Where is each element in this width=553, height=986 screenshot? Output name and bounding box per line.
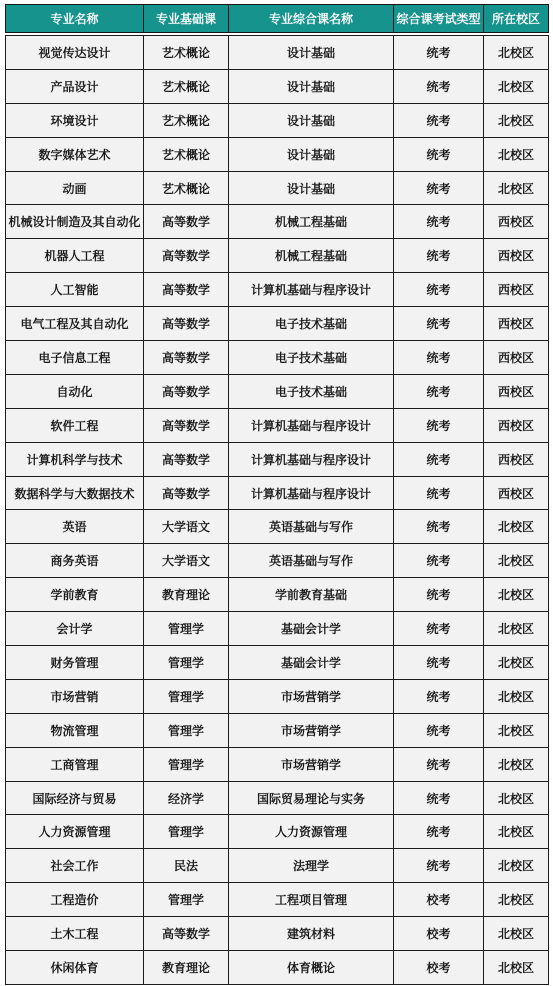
table-cell: 人力资源管理: [6, 815, 144, 849]
table-cell: 国际经济与贸易: [6, 781, 144, 815]
table-cell: 艺术概论: [144, 137, 229, 171]
table-cell: 机器人工程: [6, 239, 144, 273]
table-cell: 学前教育: [6, 578, 144, 612]
table-cell: 西校区: [484, 341, 549, 375]
table-cell: 计算机基础与程序设计: [229, 273, 394, 307]
table-row: 电气工程及其自动化高等数学电子技术基础统考西校区: [6, 307, 549, 341]
table-cell: 计算机基础与程序设计: [229, 442, 394, 476]
table-cell: 统考: [394, 341, 484, 375]
table-cell: 北校区: [484, 103, 549, 137]
table-cell: 机械工程基础: [229, 205, 394, 239]
majors-table: 视觉传达设计艺术概论设计基础统考北校区产品设计艺术概论设计基础统考北校区环境设计…: [5, 35, 549, 985]
table-cell: 统考: [394, 815, 484, 849]
header-exam-type: 综合课考试类型: [394, 5, 484, 33]
page: 专业名称 专业基础课 专业综合课名称 综合课考试类型 所在校区 视觉传达设计艺术…: [0, 0, 553, 986]
table-cell: 统考: [394, 374, 484, 408]
table-row: 数字媒体艺术艺术概论设计基础统考北校区: [6, 137, 549, 171]
table-cell: 机械工程基础: [229, 239, 394, 273]
table-row: 工程造价管理学工程项目管理校考北校区: [6, 883, 549, 917]
header-campus: 所在校区: [484, 5, 549, 33]
table-cell: 西校区: [484, 273, 549, 307]
table-cell: 统考: [394, 747, 484, 781]
table-row: 人力资源管理管理学人力资源管理统考北校区: [6, 815, 549, 849]
table-row: 机器人工程高等数学机械工程基础统考西校区: [6, 239, 549, 273]
table-row: 视觉传达设计艺术概论设计基础统考北校区: [6, 36, 549, 70]
table-cell: 统考: [394, 849, 484, 883]
table-cell: 市场营销学: [229, 747, 394, 781]
table-cell: 管理学: [144, 815, 229, 849]
table-cell: 民法: [144, 849, 229, 883]
table-cell: 动画: [6, 171, 144, 205]
table-cell: 会计学: [6, 612, 144, 646]
table-cell: 西校区: [484, 408, 549, 442]
table-cell: 工商管理: [6, 747, 144, 781]
table-cell: 西校区: [484, 307, 549, 341]
table-cell: 电子技术基础: [229, 307, 394, 341]
table-cell: 统考: [394, 69, 484, 103]
table-row: 动画艺术概论设计基础统考北校区: [6, 171, 549, 205]
table-cell: 统考: [394, 273, 484, 307]
table-cell: 北校区: [484, 36, 549, 70]
table-cell: 人工智能: [6, 273, 144, 307]
table-cell: 北校区: [484, 713, 549, 747]
table-cell: 土木工程: [6, 917, 144, 951]
table-cell: 统考: [394, 442, 484, 476]
table-cell: 管理学: [144, 747, 229, 781]
table-cell: 北校区: [484, 510, 549, 544]
table-row: 英语大学语文英语基础与写作统考北校区: [6, 510, 549, 544]
table-row: 计算机科学与技术高等数学计算机基础与程序设计统考西校区: [6, 442, 549, 476]
table-cell: 统考: [394, 307, 484, 341]
table-cell: 市场营销: [6, 679, 144, 713]
table-cell: 校考: [394, 951, 484, 985]
table-cell: 休闲体育: [6, 951, 144, 985]
table-row: 社会工作民法法理学统考北校区: [6, 849, 549, 883]
table-cell: 北校区: [484, 815, 549, 849]
table-cell: 统考: [394, 239, 484, 273]
table-cell: 校考: [394, 917, 484, 951]
table-cell: 管理学: [144, 612, 229, 646]
table-row: 环境设计艺术概论设计基础统考北校区: [6, 103, 549, 137]
table-cell: 英语: [6, 510, 144, 544]
table-cell: 校考: [394, 883, 484, 917]
table-cell: 高等数学: [144, 374, 229, 408]
table-row: 数据科学与大数据技术高等数学计算机基础与程序设计统考西校区: [6, 476, 549, 510]
table-cell: 北校区: [484, 679, 549, 713]
table-cell: 北校区: [484, 747, 549, 781]
table-cell: 法理学: [229, 849, 394, 883]
table-row: 国际经济与贸易经济学国际贸易理论与实务统考北校区: [6, 781, 549, 815]
table-cell: 大学语文: [144, 510, 229, 544]
table-cell: 教育理论: [144, 951, 229, 985]
table-cell: 设计基础: [229, 69, 394, 103]
table-cell: 统考: [394, 36, 484, 70]
table-cell: 经济学: [144, 781, 229, 815]
table-cell: 西校区: [484, 374, 549, 408]
table-cell: 计算机科学与技术: [6, 442, 144, 476]
table-cell: 北校区: [484, 69, 549, 103]
header-comprehensive-course: 专业综合课名称: [229, 5, 394, 33]
table-row: 土木工程高等数学建筑材料校考北校区: [6, 917, 549, 951]
table-cell: 工程项目管理: [229, 883, 394, 917]
table-cell: 数字媒体艺术: [6, 137, 144, 171]
table-cell: 艺术概论: [144, 36, 229, 70]
table-cell: 基础会计学: [229, 646, 394, 680]
table-row: 自动化高等数学电子技术基础统考西校区: [6, 374, 549, 408]
table-cell: 工程造价: [6, 883, 144, 917]
table-cell: 西校区: [484, 476, 549, 510]
table-cell: 统考: [394, 781, 484, 815]
table-cell: 英语基础与写作: [229, 544, 394, 578]
table-cell: 统考: [394, 137, 484, 171]
table-cell: 视觉传达设计: [6, 36, 144, 70]
table-row: 市场营销管理学市场营销学统考北校区: [6, 679, 549, 713]
table-cell: 统考: [394, 612, 484, 646]
table-cell: 统考: [394, 544, 484, 578]
table-cell: 北校区: [484, 849, 549, 883]
table-cell: 电子技术基础: [229, 374, 394, 408]
table-cell: 艺术概论: [144, 171, 229, 205]
table-cell: 高等数学: [144, 205, 229, 239]
table-cell: 统考: [394, 205, 484, 239]
table-cell: 统考: [394, 171, 484, 205]
table-row: 学前教育教育理论学前教育基础统考北校区: [6, 578, 549, 612]
table-cell: 大学语文: [144, 544, 229, 578]
majors-table-header: 专业名称 专业基础课 专业综合课名称 综合课考试类型 所在校区: [5, 4, 549, 33]
table-cell: 机械设计制造及其自动化: [6, 205, 144, 239]
table-cell: 管理学: [144, 713, 229, 747]
table-row: 人工智能高等数学计算机基础与程序设计统考西校区: [6, 273, 549, 307]
table-row: 软件工程高等数学计算机基础与程序设计统考西校区: [6, 408, 549, 442]
table-row: 机械设计制造及其自动化高等数学机械工程基础统考西校区: [6, 205, 549, 239]
table-cell: 北校区: [484, 781, 549, 815]
table-cell: 自动化: [6, 374, 144, 408]
table-cell: 高等数学: [144, 341, 229, 375]
table-cell: 高等数学: [144, 442, 229, 476]
table-cell: 西校区: [484, 205, 549, 239]
table-cell: 市场营销学: [229, 679, 394, 713]
table-row: 电子信息工程高等数学电子技术基础统考西校区: [6, 341, 549, 375]
table-row: 工商管理管理学市场营销学统考北校区: [6, 747, 549, 781]
header-major-name: 专业名称: [6, 5, 144, 33]
table-cell: 北校区: [484, 137, 549, 171]
table-cell: 统考: [394, 679, 484, 713]
table-cell: 英语基础与写作: [229, 510, 394, 544]
table-cell: 设计基础: [229, 137, 394, 171]
table-cell: 设计基础: [229, 103, 394, 137]
table-cell: 数据科学与大数据技术: [6, 476, 144, 510]
table-body: 视觉传达设计艺术概论设计基础统考北校区产品设计艺术概论设计基础统考北校区环境设计…: [6, 36, 549, 985]
table-cell: 市场营销学: [229, 713, 394, 747]
table-cell: 高等数学: [144, 307, 229, 341]
table-cell: 商务英语: [6, 544, 144, 578]
table-cell: 艺术概论: [144, 103, 229, 137]
table-cell: 北校区: [484, 883, 549, 917]
header-basic-course: 专业基础课: [144, 5, 229, 33]
table-cell: 环境设计: [6, 103, 144, 137]
table-cell: 社会工作: [6, 849, 144, 883]
table-cell: 统考: [394, 103, 484, 137]
table-row: 产品设计艺术概论设计基础统考北校区: [6, 69, 549, 103]
table-cell: 电子信息工程: [6, 341, 144, 375]
table-cell: 北校区: [484, 544, 549, 578]
table-cell: 高等数学: [144, 273, 229, 307]
table-cell: 艺术概论: [144, 69, 229, 103]
table-row: 物流管理管理学市场营销学统考北校区: [6, 713, 549, 747]
table-cell: 西校区: [484, 442, 549, 476]
table-cell: 电气工程及其自动化: [6, 307, 144, 341]
table-cell: 计算机基础与程序设计: [229, 408, 394, 442]
table-cell: 国际贸易理论与实务: [229, 781, 394, 815]
table-cell: 高等数学: [144, 239, 229, 273]
table-cell: 高等数学: [144, 476, 229, 510]
table-cell: 统考: [394, 713, 484, 747]
table-cell: 软件工程: [6, 408, 144, 442]
table-cell: 设计基础: [229, 36, 394, 70]
table-cell: 管理学: [144, 679, 229, 713]
table-cell: 北校区: [484, 612, 549, 646]
table-cell: 计算机基础与程序设计: [229, 476, 394, 510]
table-cell: 北校区: [484, 578, 549, 612]
table-cell: 统考: [394, 510, 484, 544]
table-cell: 统考: [394, 476, 484, 510]
table-cell: 人力资源管理: [229, 815, 394, 849]
table-cell: 高等数学: [144, 408, 229, 442]
table-row: 商务英语大学语文英语基础与写作统考北校区: [6, 544, 549, 578]
table-cell: 设计基础: [229, 171, 394, 205]
table-cell: 统考: [394, 646, 484, 680]
table-cell: 物流管理: [6, 713, 144, 747]
table-cell: 西校区: [484, 239, 549, 273]
table-cell: 建筑材料: [229, 917, 394, 951]
table-cell: 基础会计学: [229, 612, 394, 646]
table-cell: 教育理论: [144, 578, 229, 612]
table-row: 会计学管理学基础会计学统考北校区: [6, 612, 549, 646]
table-cell: 北校区: [484, 646, 549, 680]
table-cell: 财务管理: [6, 646, 144, 680]
table-cell: 电子技术基础: [229, 341, 394, 375]
table-row: 财务管理管理学基础会计学统考北校区: [6, 646, 549, 680]
table-cell: 体育概论: [229, 951, 394, 985]
table-cell: 管理学: [144, 883, 229, 917]
table-cell: 高等数学: [144, 917, 229, 951]
table-cell: 统考: [394, 408, 484, 442]
header-row: 专业名称 专业基础课 专业综合课名称 综合课考试类型 所在校区: [6, 5, 549, 33]
table-cell: 学前教育基础: [229, 578, 394, 612]
table-cell: 管理学: [144, 646, 229, 680]
table-cell: 北校区: [484, 917, 549, 951]
table-cell: 北校区: [484, 171, 549, 205]
table-row: 休闲体育教育理论体育概论校考北校区: [6, 951, 549, 985]
table-cell: 产品设计: [6, 69, 144, 103]
table-cell: 统考: [394, 578, 484, 612]
table-cell: 北校区: [484, 951, 549, 985]
